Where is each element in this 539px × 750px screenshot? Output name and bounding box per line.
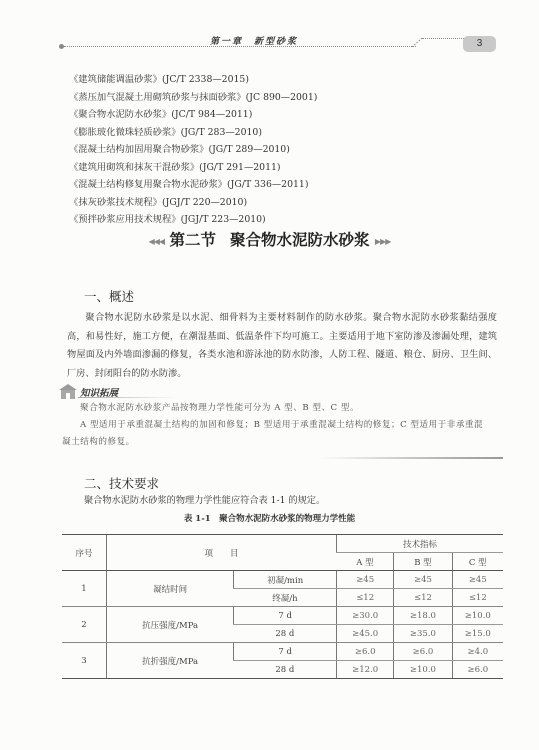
table-row: 3 抗折强度/MPa 7 d ≥6.0 ≥6.0 ≥4.0 <box>62 643 503 661</box>
reference-item: 《抹灰砂浆技术规程》(JGJ/T 220—2010) <box>69 194 317 212</box>
value-type-b: ≥6.0 <box>394 643 452 661</box>
row-sub-item: 终凝/h <box>234 589 337 607</box>
running-header-chapter: 第一章 新型砂浆 <box>210 34 298 47</box>
knowledge-paragraph: A 型适用于承重混凝土结构的加固和修复；B 型适用于承重混凝土结构的修复；C 型… <box>62 420 483 447</box>
header-dotted-rule-right <box>422 38 464 39</box>
reference-item: 《聚合物水泥防水砂浆》(JC/T 984—2011) <box>69 106 317 124</box>
row-number: 1 <box>62 571 107 607</box>
left-arrows-icon: ◀◀◀ <box>149 236 164 246</box>
knowledge-box-body: 聚合物水泥防水砂浆产品按物理力学性能可分为 A 型、B 型、C 型。 A 型适用… <box>62 400 490 451</box>
right-arrows-icon: ▶▶▶ <box>375 236 390 246</box>
reference-item: 《混凝土结构修复用聚合物水泥砂浆》(JG/T 336—2011) <box>69 176 317 194</box>
value-type-c: ≥15.0 <box>452 625 503 643</box>
value-type-c: ≤12 <box>452 589 503 607</box>
col-header-type-c: C 型 <box>452 553 503 571</box>
overview-heading: 一、概述 <box>84 287 134 305</box>
row-sub-item: 7 d <box>234 643 337 661</box>
value-type-b: ≥45 <box>394 571 452 589</box>
col-header-item: 项 目 <box>107 535 337 571</box>
value-type-b: ≤12 <box>394 589 452 607</box>
value-type-a: ≤12 <box>337 589 394 607</box>
value-type-a: ≥45 <box>337 571 394 589</box>
value-type-c: ≥4.0 <box>452 643 503 661</box>
value-type-c: ≥45 <box>452 571 503 589</box>
reference-item: 《混凝土结构加固用聚合物砂浆》(JG/T 289—2010) <box>69 141 317 159</box>
col-header-type-b: B 型 <box>394 553 452 571</box>
value-type-b: ≥18.0 <box>394 607 452 625</box>
col-header-spec: 技术指标 <box>337 535 503 553</box>
value-type-a: ≥30.0 <box>337 607 394 625</box>
row-sub-item: 28 d <box>234 625 337 643</box>
table-row: 2 抗压强度/MPa 7 d ≥30.0 ≥18.0 ≥10.0 <box>62 607 503 625</box>
row-item-name: 抗折强度/MPa <box>107 643 234 679</box>
value-type-a: ≥45.0 <box>337 625 394 643</box>
value-type-b: ≥10.0 <box>394 661 452 679</box>
value-type-c: ≥6.0 <box>452 661 503 679</box>
knowledge-title-underline <box>78 397 178 398</box>
row-item-name: 抗压强度/MPa <box>107 607 234 643</box>
page-number-badge: 3 <box>463 36 496 52</box>
value-type-a: ≥12.0 <box>337 661 394 679</box>
requirements-paragraph: 聚合物水泥防水砂浆的物理力学性能应符合表 1-1 的规定。 <box>84 492 514 511</box>
reference-item: 《蒸压加气混凝土用砌筑砂浆与抹面砂浆》(JC 890—2001) <box>69 89 317 107</box>
value-type-a: ≥6.0 <box>337 643 394 661</box>
row-number: 2 <box>62 607 107 643</box>
row-sub-item: 初凝/min <box>234 571 337 589</box>
standards-reference-list: 《建筑储能调温砂浆》(JC/T 2338—2015) 《蒸压加气混凝土用砌筑砂浆… <box>69 71 317 229</box>
reference-item: 《建筑储能调温砂浆》(JC/T 2338—2015) <box>69 71 317 89</box>
requirements-heading: 二、技术要求 <box>84 474 159 492</box>
section-name: 聚合物水泥防水砂浆 <box>230 230 370 249</box>
row-item-name: 凝结时间 <box>107 571 234 607</box>
section-title: ◀◀◀ 第二节聚合物水泥防水砂浆 ▶▶▶ <box>0 228 539 250</box>
col-header-type-a: A 型 <box>337 553 394 571</box>
reference-item: 《膨胀玻化微珠轻质砂浆》(JG/T 283—2010) <box>69 124 317 142</box>
reference-item: 《预拌砂浆应用技术规程》(JGJ/T 223—2010) <box>69 211 317 229</box>
col-header-no: 序号 <box>62 535 107 571</box>
table-row: 1 凝结时间 初凝/min ≥45 ≥45 ≥45 <box>62 571 503 589</box>
properties-table: 序号 项 目 技术指标 A 型 B 型 C 型 1 凝结时间 初凝/min ≥4… <box>62 534 503 679</box>
reference-item: 《建筑用砌筑和抹灰干混砂浆》(JG/T 291—2011) <box>69 159 317 177</box>
knowledge-paragraph: 聚合物水泥防水砂浆产品按物理力学性能可分为 A 型、B 型、C 型。 <box>80 403 359 413</box>
overview-paragraph: 聚合物水泥防水砂浆是以水泥、细骨料为主要材料制作的防水砂浆。聚合物水泥防水砂浆黏… <box>67 309 497 383</box>
row-number: 3 <box>62 643 107 679</box>
value-type-b: ≥35.0 <box>394 625 452 643</box>
knowledge-box-bottom-rule <box>320 457 503 459</box>
row-sub-item: 7 d <box>234 607 337 625</box>
house-icon <box>59 384 77 399</box>
value-type-c: ≥10.0 <box>452 607 503 625</box>
section-number: 第二节 <box>169 230 216 249</box>
overview-text: 聚合物水泥防水砂浆是以水泥、细骨料为主要材料制作的防水砂浆。聚合物水泥防水砂浆黏… <box>67 312 497 379</box>
table-caption: 表 1-1 聚合物水泥防水砂浆的物理力学性能 <box>0 512 539 524</box>
header-slant-ornament <box>412 38 422 47</box>
row-sub-item: 28 d <box>234 661 337 679</box>
